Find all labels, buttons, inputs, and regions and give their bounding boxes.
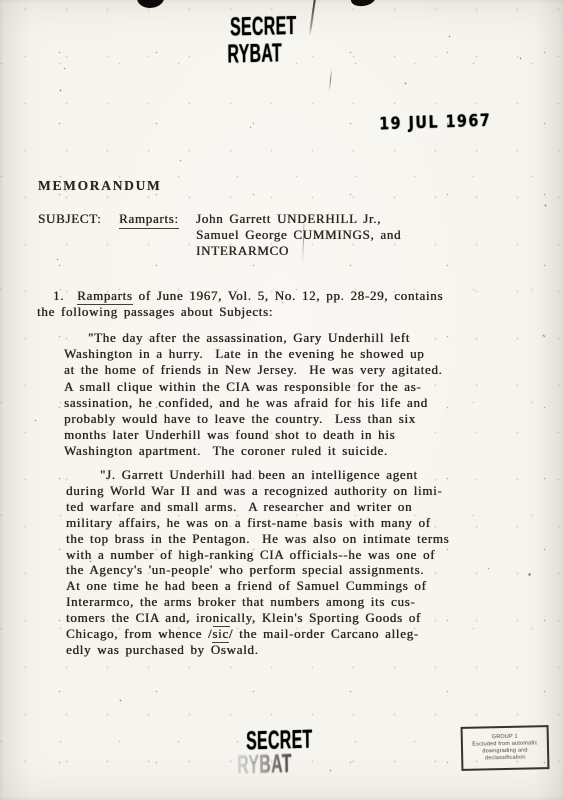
memo-title: MEMORANDUM xyxy=(38,178,161,194)
quote-line: during World War II and was a recognized… xyxy=(66,483,449,499)
quote-line: "J. Garrett Underhill had been an intell… xyxy=(66,467,449,483)
quote-line: edly was purchased by Oswald. xyxy=(66,642,449,658)
quote-line: "The day after the assassination, Gary U… xyxy=(64,330,443,346)
scratch-line-artifact xyxy=(309,0,316,36)
quote-line: months later Underhill was found shot to… xyxy=(64,427,443,443)
quote-text: Chicago, from whence / xyxy=(66,626,212,641)
quote-line: sassination, he confided, and he was afr… xyxy=(64,395,443,411)
quote-line: Washington apartment. The coroner ruled … xyxy=(64,443,443,459)
rybat-stamp-text: RYBAT xyxy=(227,39,297,68)
quote-line: at the home of friends in New Jersey. He… xyxy=(64,362,443,378)
ink-blob-artifact xyxy=(137,0,165,9)
scratch-line-artifact xyxy=(329,68,333,92)
quoted-passage-1: "The day after the assassination, Gary U… xyxy=(64,330,443,460)
secret-rybat-stamp-top: SECRET RYBAT xyxy=(230,11,297,67)
ink-blob-artifact xyxy=(351,0,376,6)
underlined-text: nic xyxy=(213,610,231,627)
quote-line-ironically: tomers the CIA and, ironically, Klein's … xyxy=(66,610,449,626)
quote-line: At one time he had been a friend of Samu… xyxy=(66,578,449,594)
quote-text: / the mail-order Carcano alleg- xyxy=(229,626,419,641)
paragraph-1-line: 1.Ramparts of June 1967, Vol. 5, No. 12,… xyxy=(37,288,443,304)
quoted-passage-2: "J. Garrett Underhill had been an intell… xyxy=(66,467,449,658)
subject-line: Samuel George CUMMINGS, and xyxy=(196,227,401,243)
quote-line: the top brass in the Pentagon. He was al… xyxy=(66,531,449,547)
paper-specks xyxy=(0,0,1,1)
paragraph-number: 1. xyxy=(37,288,64,303)
paragraph-1-text: of June 1967, Vol. 5, No. 12, pp. 28-29,… xyxy=(133,288,444,303)
stamp-box-line: declassification xyxy=(463,754,547,763)
paragraph-1: 1.Ramparts of June 1967, Vol. 5, No. 12,… xyxy=(37,288,443,320)
ramparts-keyword: Ramparts xyxy=(77,288,132,305)
quote-line: the Agency's 'un-people' who perform spe… xyxy=(66,562,449,578)
subject-label: SUBJECT: xyxy=(38,211,101,227)
quote-line: A small clique within the CIA was respon… xyxy=(64,379,443,395)
subject-keyword-ramparts: Ramparts: xyxy=(119,211,179,229)
quote-text: ally, Klein's Sporting Goods of xyxy=(230,610,420,625)
subject-line: John Garrett UNDERHILL Jr., xyxy=(196,211,401,227)
quote-line: military affairs, he was on a first-name… xyxy=(66,515,449,531)
paragraph-1-line: the following passages about Subjects: xyxy=(37,304,443,320)
rybat-stamp-bottom-faded: RYBAT xyxy=(237,749,292,778)
quote-line-sic: Chicago, from whence /sic/ the mail-orde… xyxy=(66,626,449,642)
quote-line: with a number of high-ranking CIA offici… xyxy=(66,547,449,563)
declassification-stamp-box: GROUP 1 Excluded from automatic downgrad… xyxy=(461,725,550,771)
date-stamp: 19 JUL 1967 xyxy=(379,110,492,134)
quote-line: probably would have to leave the country… xyxy=(64,411,443,427)
quote-text: tomers the CIA and, iro xyxy=(66,610,213,625)
memo-document-page: SECRET RYBAT 19 JUL 1967 MEMORANDUM SUBJ… xyxy=(0,0,564,800)
subject-line: INTERARMCO xyxy=(196,243,401,259)
sic-notation: sic xyxy=(212,626,229,643)
quote-line: Interarmco, the arms broker that numbers… xyxy=(66,594,449,610)
secret-stamp-text: SECRET xyxy=(230,11,297,40)
quote-line: ted warfare and small arms. A researcher… xyxy=(66,499,449,515)
quote-line: Washington in a hurry. Late in the eveni… xyxy=(64,346,443,362)
